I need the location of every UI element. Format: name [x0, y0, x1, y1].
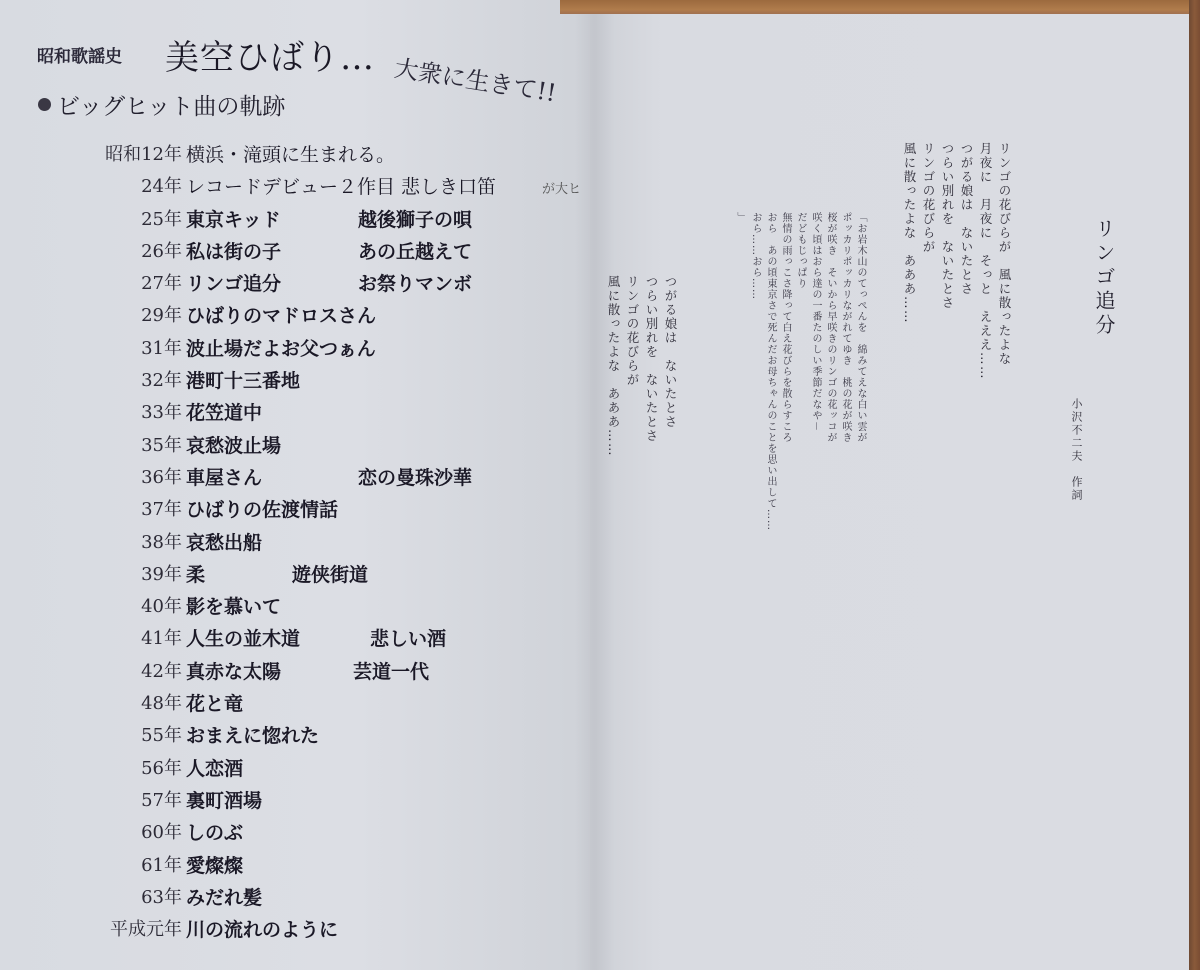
song-title: 花と竜 — [186, 689, 243, 716]
song-title: 東京キッド — [186, 205, 281, 232]
song-title: 越後獅子の唄 — [358, 205, 472, 232]
timeline-row: 37年ひばりの佐渡情話 — [40, 495, 580, 527]
book-gutter — [575, 0, 615, 970]
timeline-year: 63年 — [141, 883, 182, 909]
lyricist-credit: 小沢不二夫 作詞 — [1068, 398, 1084, 502]
song-title: 裏町酒場 — [186, 786, 262, 813]
timeline-row: 40年影を慕いて — [40, 592, 580, 624]
song-title: 人恋酒 — [186, 754, 243, 781]
song-title: しのぶ — [186, 818, 243, 845]
timeline-row: 平成元年川の流れのように — [40, 915, 580, 947]
hit-song-timeline: 昭和12年横浜・滝頭に生まれる。24年レコードデビュー２作目 悲しき口笛が大ヒ2… — [40, 140, 580, 947]
song-title: 悲しい酒 — [370, 624, 446, 651]
timeline-year: 26年 — [141, 237, 182, 263]
song-title: おまえに惚れた — [186, 721, 319, 748]
timeline-year: 29年 — [141, 301, 182, 327]
song-title: 私は街の子 — [186, 237, 281, 264]
timeline-year: 56年 — [141, 754, 182, 780]
timeline-year: 平成元年 — [110, 915, 182, 941]
song-title: 哀愁波止場 — [186, 431, 281, 458]
song-title: 車屋さん — [186, 463, 262, 490]
timeline-year: 35年 — [141, 431, 182, 457]
song-title: 柔 — [186, 560, 205, 587]
timeline-row: 29年ひばりのマドロスさん — [40, 301, 580, 333]
timeline-row: 昭和12年横浜・滝頭に生まれる。 — [40, 140, 580, 172]
timeline-row: 42年真赤な太陽芸道一代 — [40, 657, 580, 689]
timeline-year: 昭和12年 — [105, 140, 182, 166]
song-title: みだれ髪 — [186, 883, 262, 910]
song-title: 港町十三番地 — [186, 366, 300, 393]
timeline-row: 60年しのぶ — [40, 818, 580, 850]
spoken-monologue: 「お岩木山のてっぺんを 綿みてえな白い雲が ポッカリポッカリながれてゆき 桃の花… — [733, 212, 868, 592]
song-title: 影を慕いて — [186, 592, 281, 619]
timeline-year: 41年 — [141, 624, 182, 650]
song-title: 真赤な太陽 — [186, 657, 281, 684]
song-title: レコードデビュー２作目 悲しき口笛 — [186, 172, 496, 199]
timeline-row: 33年花笠道中 — [40, 398, 580, 430]
timeline-year: 60年 — [141, 818, 182, 844]
timeline-row: 48年花と竜 — [40, 689, 580, 721]
timeline-year: 36年 — [141, 463, 182, 489]
section-heading-text: ビッグヒット曲の軌跡 — [57, 88, 285, 121]
song-title: 芸道一代 — [353, 657, 429, 684]
timeline-row: 38年哀愁出船 — [40, 528, 580, 560]
timeline-year: 42年 — [141, 657, 182, 683]
timeline-row: 57年裏町酒場 — [40, 786, 580, 818]
timeline-row: 35年哀愁波止場 — [40, 431, 580, 463]
song-title: ひばりのマドロスさん — [186, 301, 376, 328]
song-title: 遊侠街道 — [292, 560, 368, 587]
timeline-year: 32年 — [141, 366, 182, 392]
song-title: お祭りマンボ — [358, 269, 472, 296]
timeline-year: 33年 — [141, 398, 182, 424]
song-title: あの丘越えて — [358, 237, 472, 264]
timeline-row: 39年柔遊侠街道 — [40, 560, 580, 592]
timeline-row: 25年東京キッド越後獅子の唄 — [40, 205, 580, 237]
lyrics-verse-2: つがる娘は ないたとさ つらい別れを ないたとさ リンゴの花びらが 風に散ったよ… — [604, 275, 680, 475]
song-title: 恋の曼珠沙華 — [358, 463, 472, 490]
timeline-row: 36年車屋さん恋の曼珠沙華 — [40, 463, 580, 495]
timeline-year: 25年 — [141, 205, 182, 231]
timeline-row: 24年レコードデビュー２作目 悲しき口笛が大ヒ — [40, 172, 580, 204]
timeline-year: 37年 — [141, 495, 182, 521]
timeline-year: 40年 — [141, 592, 182, 618]
page-title: 美空ひばり… — [165, 30, 375, 79]
timeline-year: 27年 — [141, 269, 182, 295]
timeline-year: 31年 — [141, 334, 182, 360]
timeline-row: 32年港町十三番地 — [40, 366, 580, 398]
timeline-row: 55年おまえに惚れた — [40, 721, 580, 753]
timeline-year: 38年 — [141, 528, 182, 554]
timeline-note: が大ヒ — [542, 178, 581, 197]
timeline-row: 56年人恋酒 — [40, 754, 580, 786]
wood-surface-top — [560, 0, 1200, 14]
song-title: 愛燦燦 — [186, 851, 243, 878]
timeline-row: 31年波止場だよお父つぁん — [40, 334, 580, 366]
song-title: ひばりの佐渡情話 — [186, 495, 338, 522]
timeline-row: 61年愛燦燦 — [40, 851, 580, 883]
lyrics-verse-1: リンゴの花びらが 風に散ったよな 月夜に 月夜に そっと えええ…… つがる娘は… — [900, 142, 1014, 482]
timeline-year: 61年 — [141, 851, 182, 877]
timeline-year: 39年 — [141, 560, 182, 586]
timeline-row: 27年リンゴ追分お祭りマンボ — [40, 269, 580, 301]
song-title: 人生の並木道 — [186, 624, 300, 651]
song-title: 川の流れのように — [186, 915, 338, 942]
song-title: 哀愁出船 — [186, 528, 262, 555]
song-title: 横浜・滝頭に生まれる。 — [186, 140, 395, 167]
timeline-year: 55年 — [141, 721, 182, 747]
timeline-row: 26年私は街の子あの丘越えて — [40, 237, 580, 269]
timeline-year: 57年 — [141, 786, 182, 812]
song-title: 花笠道中 — [186, 398, 262, 425]
bullet-icon — [38, 98, 51, 111]
song-title: リンゴ追分 — [186, 269, 281, 296]
timeline-row: 41年人生の並木道悲しい酒 — [40, 624, 580, 656]
song-title: 波止場だよお父つぁん — [186, 334, 376, 361]
timeline-row: 63年みだれ髪 — [40, 883, 580, 915]
section-heading: ビッグヒット曲の軌跡 — [38, 88, 285, 121]
song-title: リンゴ追分 — [1090, 218, 1119, 338]
timeline-year: 24年 — [141, 172, 182, 198]
wood-surface-right — [1189, 0, 1200, 970]
right-page — [590, 14, 1189, 970]
timeline-year: 48年 — [141, 689, 182, 715]
series-label: 昭和歌謡史 — [37, 42, 122, 67]
